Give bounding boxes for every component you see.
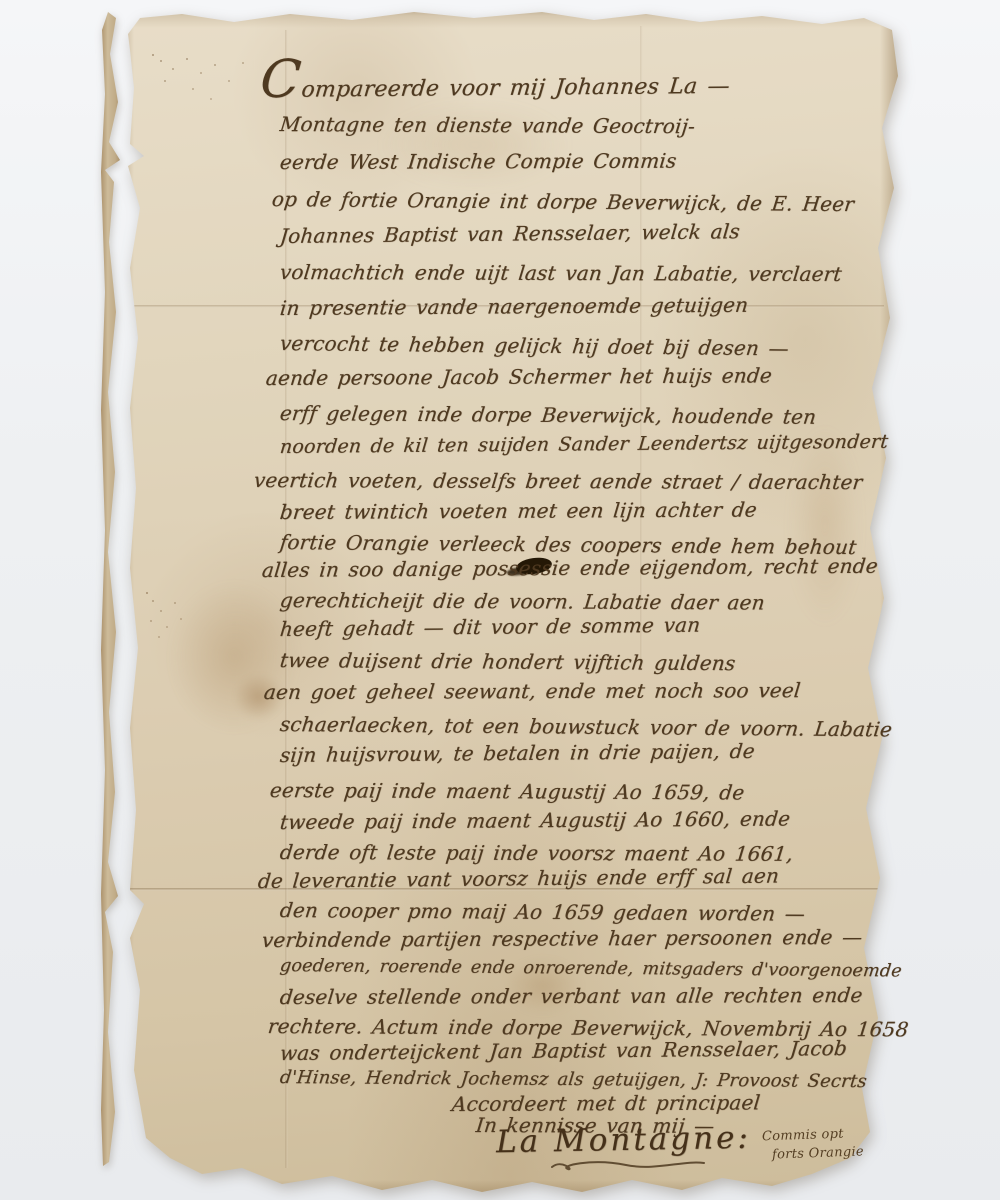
manuscript-line: verbindende partijen respective haer per… — [261, 925, 864, 952]
manuscript-line: eerde West Indische Compie Commis — [279, 149, 678, 174]
manuscript-line: Accordeert met dt principael — [451, 1090, 762, 1116]
manuscript-line: aen goet geheel seewant, ende met noch s… — [263, 678, 802, 704]
manuscript-line: derde oft leste paij inde voorsz maent A… — [279, 840, 795, 866]
signature-title-line2: forts Orangie — [772, 1144, 864, 1162]
manuscript-line: fortie Orangie verleeck des coopers ende… — [279, 530, 858, 559]
signature-name: La Montagne: — [496, 1120, 751, 1160]
manuscript-line: erff gelegen inde dorpe Beverwijck, houd… — [279, 401, 818, 429]
manuscript-line: twee duijsent drie hondert vijftich guld… — [279, 648, 737, 675]
manuscript-line: sijn huijsvrouw, te betalen in drie paij… — [279, 739, 756, 767]
manuscript-line: heeft gehadt — dit voor de somme van — [279, 613, 702, 641]
manuscript-text: In kennisse van mij —Accordeert met dt p… — [0, 0, 1000, 1200]
manuscript-line: rechtere. Actum inde dorpe Beverwijck, N… — [267, 1014, 910, 1041]
signature-title-line1: Commis opt — [762, 1127, 844, 1145]
manuscript-line: Montagne ten dienste vande Geoctroij- — [279, 112, 697, 138]
manuscript-line: op de fortie Orangie int dorpe Beverwijc… — [271, 187, 856, 216]
signature-flourish — [548, 1156, 708, 1174]
manuscript-line: veertich voeten, desselfs breet aende st… — [253, 468, 864, 494]
manuscript-line: in presentie vande naergenoemde getuijge… — [279, 293, 750, 320]
manuscript-line: de leverantie vant voorsz huijs ende erf… — [257, 864, 780, 893]
manuscript-line: deselve stellende onder verbant van alle… — [279, 983, 864, 1009]
manuscript-line: den cooper pmo maij Ao 1659 gedaen worde… — [279, 898, 807, 926]
manuscript-line: Johannes Baptist van Rensselaer, welck a… — [279, 219, 741, 248]
manuscript-line: Compareerde voor mij Johannes La — — [258, 66, 731, 103]
manuscript-line: tweede paij inde maent Augustij Ao 1660,… — [279, 806, 792, 834]
manuscript-line: eerste paij inde maent Augustij Ao 1659,… — [269, 778, 746, 804]
manuscript-line: aende persoone Jacob Schermer het huijs … — [265, 363, 773, 390]
manuscript-line: schaerlaecken, tot een bouwstuck voor de… — [279, 712, 894, 741]
manuscript-line: vercocht te hebben gelijck hij doet bij … — [279, 331, 791, 360]
manuscript-line: breet twintich voeten met een lijn achte… — [279, 498, 758, 524]
manuscript-line: goederen, roerende ende onroerende, mits… — [279, 956, 903, 981]
manuscript-line: noorden de kil ten suijden Sander Leende… — [279, 431, 889, 458]
manuscript-line: gerechticheijt die de voorn. Labatie dae… — [279, 588, 766, 615]
manuscript-line: volmachtich ende uijt last van Jan Labat… — [279, 260, 843, 286]
manuscript-line: d'Hinse, Hendrick Jochemsz als getuijgen… — [279, 1067, 868, 1092]
photo-backdrop: In kennisse van mij —Accordeert met dt p… — [0, 0, 1000, 1200]
